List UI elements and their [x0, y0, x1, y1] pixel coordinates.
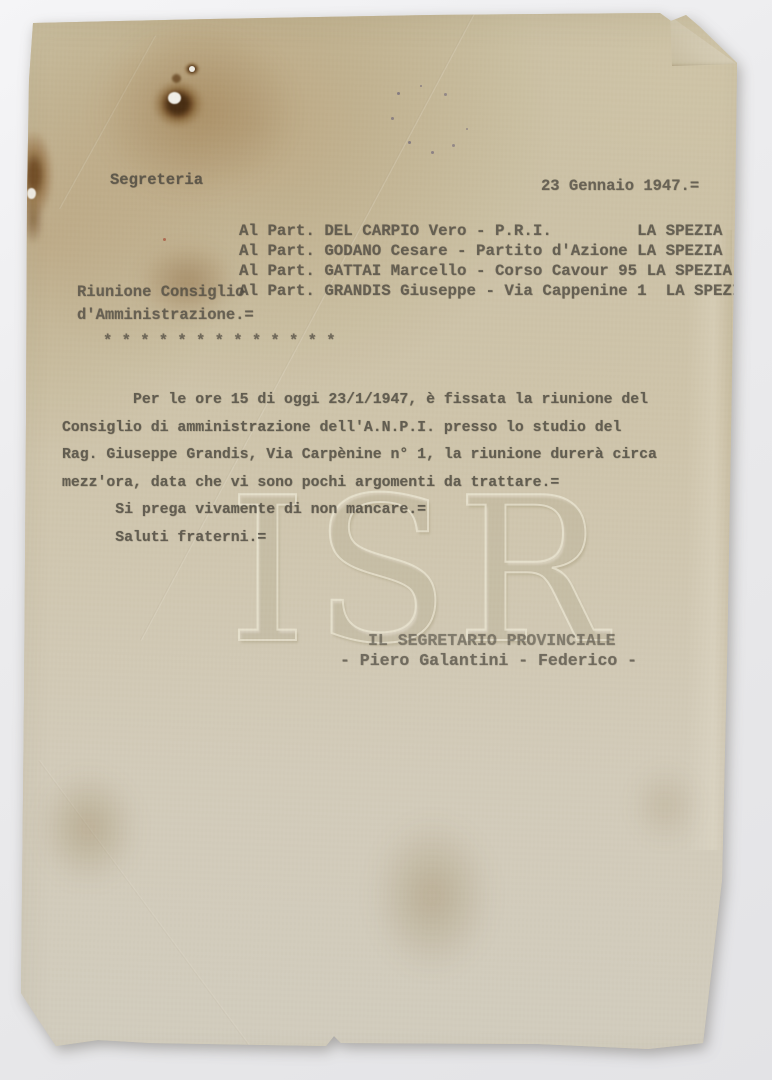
- crease-line: [38, 760, 250, 1046]
- body-line: mezz'ora, data che vi sono pochi argomen…: [62, 470, 657, 498]
- paper-sheet: ISR Segreteria 23 Gennaio 1947.= Al Part…: [0, 0, 772, 1080]
- signature-title: IL SEGRETARIO PROVINCIALE: [368, 631, 616, 650]
- body-line: Saluti fraterni.=: [62, 525, 657, 553]
- scanned-letter-scene: ISR Segreteria 23 Gennaio 1947.= Al Part…: [0, 0, 772, 1080]
- recipient-line: Al Part. GODANO Cesare - Partito d'Azion…: [239, 241, 751, 261]
- right-edge-fold: [686, 230, 732, 850]
- bottom-center-stain: [372, 818, 492, 973]
- ink-speckle: [431, 151, 434, 154]
- date-line: 23 Gennaio 1947.=: [541, 177, 699, 195]
- ink-speckle: [391, 117, 394, 120]
- recipient-list: Al Part. DEL CARPIO Vero - P.R.I. LA SPE…: [239, 221, 751, 301]
- recipient-line: Al Part. GATTAI Marcello - Corso Cavour …: [239, 261, 751, 281]
- burn-hole: [27, 188, 36, 199]
- asterisk-separator: * * * * * * * * * * * * *: [103, 332, 336, 350]
- body-paragraph: Per le ore 15 di oggi 23/1/1947, è fissa…: [62, 387, 657, 552]
- office-label: Segreteria: [110, 171, 203, 189]
- body-line: Rag. Giuseppe Grandis, Via Carpènine n° …: [62, 442, 657, 470]
- margin-note-line2: d'Amministrazione.=: [77, 306, 254, 324]
- ink-speckle: [397, 92, 400, 95]
- red-speckle: [163, 238, 166, 241]
- paper-shadow-wrap: ISR Segreteria 23 Gennaio 1947.= Al Part…: [0, 0, 772, 1080]
- ink-speckle: [408, 141, 411, 144]
- ink-speckle: [466, 128, 468, 130]
- recipient-line: Al Part. GRANDIS Giuseppe - Via Cappenin…: [239, 281, 751, 301]
- recipient-line: Al Part. DEL CARPIO Vero - P.R.I. LA SPE…: [239, 221, 751, 241]
- burn-hole: [168, 92, 181, 104]
- bottom-left-stain: [38, 770, 138, 885]
- corner-fold: [664, 13, 738, 67]
- body-line: Si prega vivamente di non mancare.=: [62, 497, 657, 525]
- burn-spot: [172, 74, 181, 83]
- margin-note-line1: Riunione Consiglio: [77, 283, 244, 301]
- body-line: Per le ore 15 di oggi 23/1/1947, è fissa…: [62, 387, 657, 415]
- ink-speckle: [444, 93, 447, 96]
- burn-hole: [189, 66, 195, 72]
- body-line: Consiglio di amministrazione dell'A.N.P.…: [62, 415, 657, 443]
- bottom-right-stain: [630, 765, 700, 845]
- ink-speckle: [420, 85, 422, 87]
- burn-stain-ring: [152, 80, 204, 128]
- signature-name: - Piero Galantini - Federico -: [340, 651, 637, 670]
- burn-spot: [184, 62, 200, 76]
- edge-burn-streak: [14, 130, 54, 220]
- ink-speckle: [452, 144, 455, 147]
- edge-burn-streak: [22, 195, 44, 245]
